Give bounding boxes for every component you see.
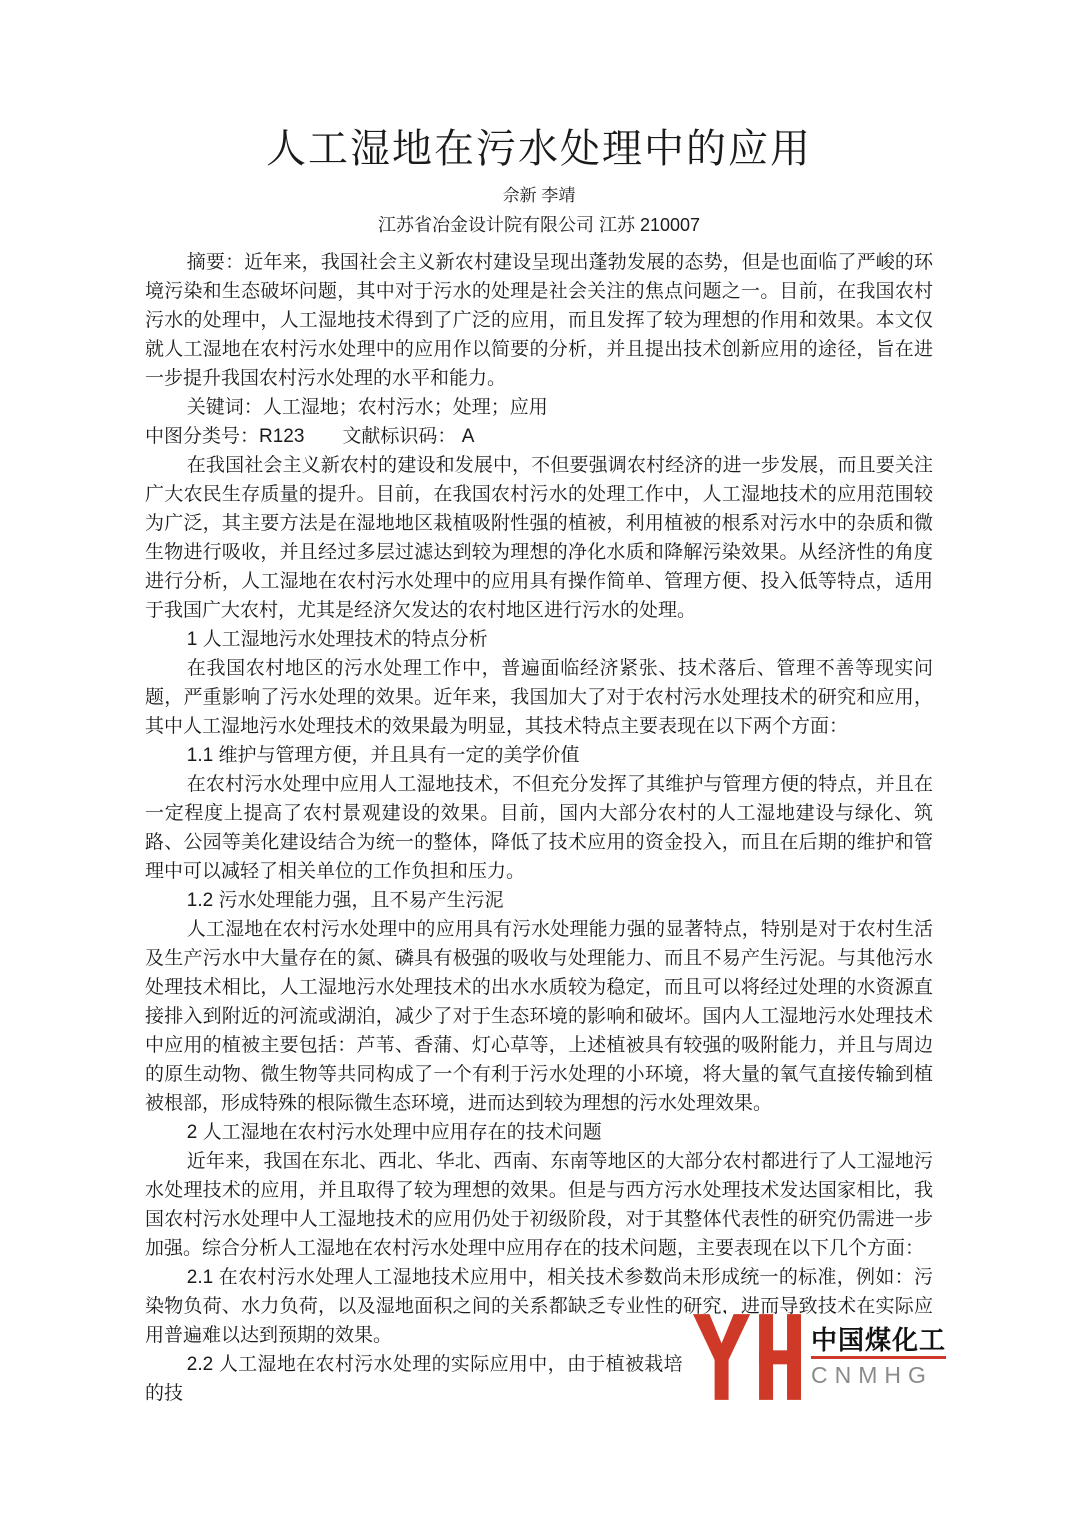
body-paragraph: 近年来，我国在东北、西北、华北、西南、东南等地区的大部分农村都进行了人工湿地污水… (145, 1147, 933, 1263)
page-title: 人工湿地在污水处理中的应用 (145, 124, 933, 174)
section-heading-1-2: 1.2 污水处理能力强，且不易产生污泥 (145, 886, 933, 915)
classification-line: 中图分类号：R123 文献标识码： A (145, 422, 933, 451)
intro-paragraph: 在我国社会主义新农村的建设和发展中，不但要强调农村经济的进一步发展，而且要关注广… (145, 451, 933, 625)
section-heading-1-1: 1.1 维护与管理方便，并且具有一定的美学价值 (145, 741, 933, 770)
paragraph-text-after-watermark: 的技 (145, 1383, 183, 1404)
section-heading-2: 2 人工湿地在农村污水处理中应用存在的技术问题 (145, 1118, 933, 1147)
document-content: 人工湿地在污水处理中的应用 佘新 李靖 江苏省冶金设计院有限公司 江苏 2100… (145, 124, 933, 1408)
affiliation-line: 江苏省冶金设计院有限公司 江苏 210007 (145, 212, 933, 238)
authors-line: 佘新 李靖 (145, 184, 933, 208)
body-paragraph: 在农村污水处理中应用人工湿地技术，不但充分发挥了其维护与管理方便的特点，并且在一… (145, 770, 933, 886)
keywords-line: 关键词：人工湿地；农村污水；处理；应用 (145, 393, 933, 422)
watermark-logo: 中国煤化工 CNMHG (693, 1314, 935, 1402)
document-page: { "page": { "title": "人工湿地在污水处理中的应用", "a… (0, 0, 1072, 1516)
watermark-name-cn: 中国煤化工 (811, 1326, 946, 1359)
watermark-name-en: CNMHG (811, 1362, 946, 1388)
body-paragraph: 在我国农村地区的污水处理工作中，普遍面临经济紧张、技术落后、管理不善等现实问题，… (145, 654, 933, 741)
abstract-paragraph: 摘要：近年来，我国社会主义新农村建设呈现出蓬勃发展的态势，但是也面临了严峻的环境… (145, 248, 933, 393)
section-heading-1: 1 人工湿地污水处理技术的特点分析 (145, 625, 933, 654)
watermark-text-block: 中国煤化工 CNMHG (811, 1314, 946, 1388)
yh-monogram-icon (693, 1314, 801, 1400)
paragraph-text-before-watermark: 2.2 人工湿地在农村污水处理的实际应用中，由于植被栽培 (187, 1354, 683, 1375)
body-paragraph: 人工湿地在农村污水处理中的应用具有污水处理能力强的显著特点，特别是对于农村生活及… (145, 915, 933, 1118)
